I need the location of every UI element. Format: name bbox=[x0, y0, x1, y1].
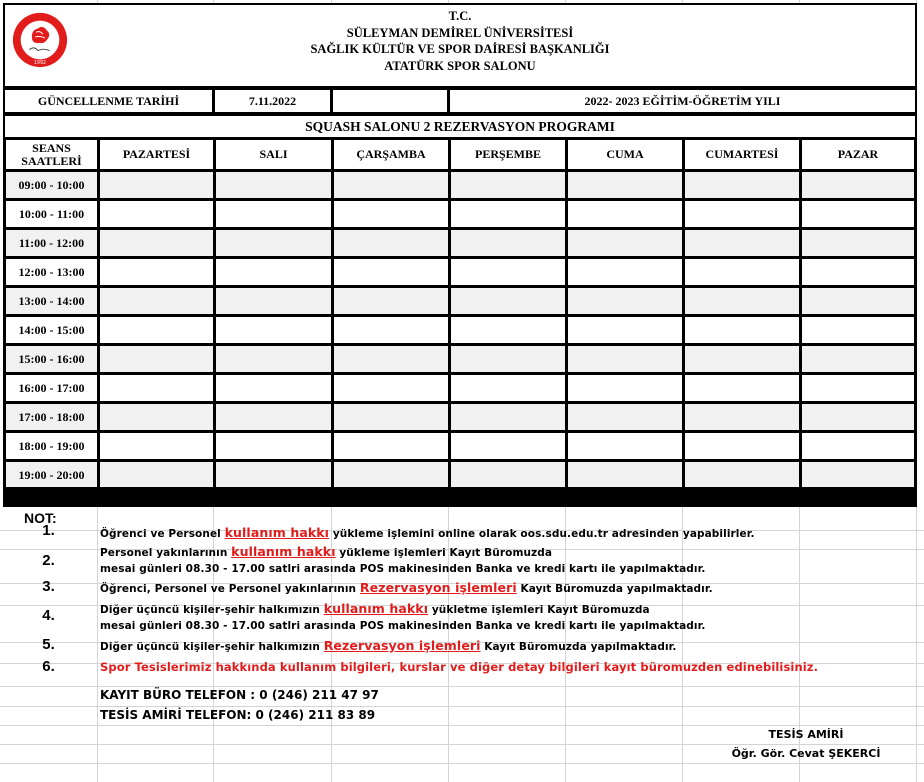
reservation-cell[interactable] bbox=[450, 200, 567, 229]
reservation-cell[interactable] bbox=[801, 432, 916, 461]
reservation-cell[interactable] bbox=[567, 316, 684, 345]
day-header-7: PAZAR bbox=[801, 139, 916, 171]
reservation-cell[interactable] bbox=[99, 345, 215, 374]
reservation-cell[interactable] bbox=[333, 461, 450, 490]
header-line-department: SAĞLIK KÜLTÜR VE SPOR DAİRESİ BAŞKANLIĞI bbox=[5, 41, 915, 58]
time-slot-label: 12:00 - 13:00 bbox=[5, 258, 99, 287]
reservation-cell[interactable] bbox=[567, 171, 684, 200]
time-slot-row: 18:00 - 19:00 bbox=[5, 432, 916, 461]
day-header-6: CUMARTESİ bbox=[684, 139, 801, 171]
updated-date-value: 7.11.2022 bbox=[215, 90, 333, 112]
info-empty-cell bbox=[333, 90, 450, 112]
note-highlight: Rezervasyon işlemleri bbox=[360, 580, 517, 595]
note-segment: Kayıt Büromuzda yapılmaktadır. bbox=[481, 641, 677, 653]
note-text-line: Öğrenci ve Personel kullanım hakkı yükle… bbox=[100, 525, 755, 540]
reservation-cell[interactable] bbox=[684, 403, 801, 432]
reservation-cell[interactable] bbox=[801, 316, 916, 345]
reservation-cell[interactable] bbox=[333, 374, 450, 403]
reservation-cell[interactable] bbox=[99, 287, 215, 316]
time-slot-label: 13:00 - 14:00 bbox=[5, 287, 99, 316]
reservation-cell[interactable] bbox=[215, 461, 333, 490]
reservation-cell[interactable] bbox=[215, 432, 333, 461]
reservation-cell[interactable] bbox=[684, 316, 801, 345]
time-slot-row: 09:00 - 10:00 bbox=[5, 171, 916, 200]
reservation-cell[interactable] bbox=[567, 229, 684, 258]
reservation-cell[interactable] bbox=[333, 403, 450, 432]
reservation-cell[interactable] bbox=[333, 258, 450, 287]
note-segment: Personel yakınlarının bbox=[100, 547, 231, 559]
reservation-schedule-table: SEANSSAATLERİ PAZARTESİSALIÇARŞAMBAPERŞE… bbox=[3, 137, 917, 491]
reservation-cell[interactable] bbox=[567, 374, 684, 403]
reservation-cell[interactable] bbox=[99, 403, 215, 432]
reservation-cell[interactable] bbox=[215, 287, 333, 316]
reservation-cell[interactable] bbox=[801, 374, 916, 403]
reservation-cell[interactable] bbox=[215, 345, 333, 374]
note-segment: Kayıt Büromuzda yapılmaktadır. bbox=[517, 583, 713, 595]
header-line-university: SÜLEYMAN DEMİREL ÜNİVERSİTESİ bbox=[5, 25, 915, 42]
time-slot-label: 10:00 - 11:00 bbox=[5, 200, 99, 229]
reservation-cell[interactable] bbox=[684, 258, 801, 287]
time-slot-label: 19:00 - 20:00 bbox=[5, 461, 99, 490]
time-slot-row: 16:00 - 17:00 bbox=[5, 374, 916, 403]
day-header-4: PERŞEMBE bbox=[450, 139, 567, 171]
time-slot-label: 11:00 - 12:00 bbox=[5, 229, 99, 258]
reservation-cell[interactable] bbox=[801, 461, 916, 490]
reservation-cell[interactable] bbox=[684, 345, 801, 374]
reservation-cell[interactable] bbox=[567, 432, 684, 461]
time-slot-row: 15:00 - 16:00 bbox=[5, 345, 916, 374]
reservation-cell[interactable] bbox=[801, 403, 916, 432]
note-segment: yükleme işlemleri Kayıt Büromuzda bbox=[336, 547, 552, 559]
note-segment: Öğrenci ve Personel bbox=[100, 528, 225, 540]
note-red-text: Spor Tesislerimiz hakkında kullanım bilg… bbox=[100, 660, 818, 674]
reservation-cell[interactable] bbox=[450, 258, 567, 287]
note-segment: Diğer üçüncü kişiler-şehir halkımızın bbox=[100, 604, 324, 616]
reservation-cell[interactable] bbox=[801, 345, 916, 374]
reservation-cell[interactable] bbox=[567, 345, 684, 374]
reservation-cell[interactable] bbox=[333, 287, 450, 316]
reservation-cell[interactable] bbox=[801, 200, 916, 229]
note-highlight: kullanım hakkı bbox=[231, 544, 335, 559]
reservation-cell[interactable] bbox=[567, 200, 684, 229]
day-header-1: PAZARTESİ bbox=[99, 139, 215, 171]
registration-office-phone: KAYIT BÜRO TELEFON : 0 (246) 211 47 97 bbox=[100, 688, 379, 702]
reservation-cell[interactable] bbox=[333, 432, 450, 461]
reservation-cell[interactable] bbox=[684, 200, 801, 229]
reservation-cell[interactable] bbox=[215, 171, 333, 200]
note-segment: mesai günleri 08.30 - 17.00 satlri arası… bbox=[100, 563, 705, 575]
academic-year: 2022- 2023 EĞİTİM-ÖĞRETİM YILI bbox=[450, 90, 915, 112]
day-header-3: ÇARŞAMBA bbox=[333, 139, 450, 171]
reservation-cell[interactable] bbox=[684, 461, 801, 490]
reservation-cell[interactable] bbox=[684, 171, 801, 200]
reservation-cell[interactable] bbox=[801, 229, 916, 258]
reservation-cell[interactable] bbox=[99, 229, 215, 258]
time-slot-label: 14:00 - 15:00 bbox=[5, 316, 99, 345]
header-line-venue: ATATÜRK SPOR SALONU bbox=[5, 58, 915, 75]
time-slot-label: 15:00 - 16:00 bbox=[5, 345, 99, 374]
reservation-cell[interactable] bbox=[801, 258, 916, 287]
day-header-row: SEANSSAATLERİ PAZARTESİSALIÇARŞAMBAPERŞE… bbox=[5, 139, 916, 171]
time-slot-label: 16:00 - 17:00 bbox=[5, 374, 99, 403]
time-slot-row: 11:00 - 12:00 bbox=[5, 229, 916, 258]
facility-manager-phone: TESİS AMİRİ TELEFON: 0 (246) 211 83 89 bbox=[100, 708, 375, 722]
day-header-5: CUMA bbox=[567, 139, 684, 171]
time-slot-label: 17:00 - 18:00 bbox=[5, 403, 99, 432]
reservation-cell[interactable] bbox=[333, 316, 450, 345]
updated-date-label: GÜNCELLENME TARİHİ bbox=[5, 90, 215, 112]
reservation-cell[interactable] bbox=[450, 171, 567, 200]
reservation-cell[interactable] bbox=[450, 287, 567, 316]
note-text-line: mesai günleri 08.30 - 17.00 satlri arası… bbox=[100, 563, 705, 575]
note-text-line: Öğrenci, Personel ve Personel yakınların… bbox=[100, 580, 713, 595]
time-slot-label: 09:00 - 10:00 bbox=[5, 171, 99, 200]
reservation-cell[interactable] bbox=[333, 171, 450, 200]
reservation-cell[interactable] bbox=[99, 200, 215, 229]
reservation-cell[interactable] bbox=[333, 200, 450, 229]
separator-bar bbox=[3, 487, 917, 507]
time-column-header: SEANSSAATLERİ bbox=[5, 139, 99, 171]
reservation-cell[interactable] bbox=[99, 374, 215, 403]
header-title-block: T.C. SÜLEYMAN DEMİREL ÜNİVERSİTESİ SAĞLI… bbox=[5, 8, 915, 74]
note-text-line: Diğer üçüncü kişiler-şehir halkımızın Re… bbox=[100, 638, 677, 653]
reservation-cell[interactable] bbox=[99, 432, 215, 461]
note-segment: yükletme işlemleri Kayıt Büromuzda bbox=[428, 604, 650, 616]
reservation-cell[interactable] bbox=[215, 200, 333, 229]
note-segment: Öğrenci, Personel ve Personel yakınların… bbox=[100, 583, 360, 595]
note-segment: Diğer üçüncü kişiler-şehir halkımızın bbox=[100, 641, 324, 653]
reservation-cell[interactable] bbox=[99, 316, 215, 345]
reservation-cell[interactable] bbox=[99, 461, 215, 490]
note-text-line: mesai günleri 08.30 - 17.00 satlri arası… bbox=[100, 620, 705, 632]
note-segment: yükleme işlemini online olarak oos.sdu.e… bbox=[329, 528, 755, 540]
reservation-cell[interactable] bbox=[333, 229, 450, 258]
reservation-cell[interactable] bbox=[801, 287, 916, 316]
time-slot-row: 12:00 - 13:00 bbox=[5, 258, 916, 287]
note-text-line: Personel yakınlarının kullanım hakkı yük… bbox=[100, 544, 552, 559]
note-highlight: Rezervasyon işlemleri bbox=[324, 638, 481, 653]
reservation-cell[interactable] bbox=[450, 403, 567, 432]
reservation-cell[interactable] bbox=[450, 345, 567, 374]
note-text-line: Diğer üçüncü kişiler-şehir halkımızın ku… bbox=[100, 601, 650, 616]
note-segment: mesai günleri 08.30 - 17.00 satlri arası… bbox=[100, 620, 705, 632]
reservation-cell[interactable] bbox=[215, 229, 333, 258]
reservation-cell[interactable] bbox=[215, 316, 333, 345]
reservation-cell[interactable] bbox=[684, 432, 801, 461]
note-number: 2. bbox=[0, 552, 97, 569]
schedule-title: SQUASH SALONU 2 REZERVASYON PROGRAMI bbox=[3, 113, 917, 139]
reservation-cell[interactable] bbox=[567, 403, 684, 432]
note-highlight: kullanım hakkı bbox=[324, 601, 428, 616]
reservation-cell[interactable] bbox=[684, 374, 801, 403]
reservation-cell[interactable] bbox=[684, 229, 801, 258]
reservation-cell[interactable] bbox=[215, 374, 333, 403]
note-number: 6. bbox=[0, 658, 97, 675]
reservation-cell[interactable] bbox=[99, 258, 215, 287]
time-slot-row: 17:00 - 18:00 bbox=[5, 403, 916, 432]
reservation-cell[interactable] bbox=[450, 316, 567, 345]
reservation-cell[interactable] bbox=[801, 171, 916, 200]
reservation-cell[interactable] bbox=[567, 461, 684, 490]
note-number: 5. bbox=[0, 636, 97, 653]
reservation-cell[interactable] bbox=[567, 258, 684, 287]
note-number: 1. bbox=[0, 522, 97, 539]
reservation-cell[interactable] bbox=[333, 345, 450, 374]
info-row: GÜNCELLENME TARİHİ 7.11.2022 2022- 2023 … bbox=[3, 87, 917, 114]
header-line-tc: T.C. bbox=[5, 8, 915, 25]
reservation-cell[interactable] bbox=[684, 287, 801, 316]
signature-name: Öğr. Gör. Cevat ŞEKERCİ bbox=[706, 747, 906, 760]
reservation-cell[interactable] bbox=[450, 374, 567, 403]
reservation-cell[interactable] bbox=[99, 171, 215, 200]
reservation-cell[interactable] bbox=[215, 258, 333, 287]
reservation-cell[interactable] bbox=[450, 432, 567, 461]
note-number: 4. bbox=[0, 607, 97, 624]
time-slot-row: 14:00 - 15:00 bbox=[5, 316, 916, 345]
day-header-2: SALI bbox=[215, 139, 333, 171]
signature-role: TESİS AMİRİ bbox=[706, 728, 906, 741]
reservation-cell[interactable] bbox=[567, 287, 684, 316]
time-slot-row: 13:00 - 14:00 bbox=[5, 287, 916, 316]
reservation-cell[interactable] bbox=[215, 403, 333, 432]
reservation-cell[interactable] bbox=[450, 229, 567, 258]
document-header: 1992 T.C. SÜLEYMAN DEMİREL ÜNİVERSİTESİ … bbox=[3, 3, 917, 88]
time-slot-label: 18:00 - 19:00 bbox=[5, 432, 99, 461]
time-slot-row: 19:00 - 20:00 bbox=[5, 461, 916, 490]
note-number: 3. bbox=[0, 578, 97, 595]
note-text-line: Spor Tesislerimiz hakkında kullanım bilg… bbox=[100, 660, 818, 674]
reservation-cell[interactable] bbox=[450, 461, 567, 490]
time-slot-row: 10:00 - 11:00 bbox=[5, 200, 916, 229]
note-highlight: kullanım hakkı bbox=[225, 525, 329, 540]
